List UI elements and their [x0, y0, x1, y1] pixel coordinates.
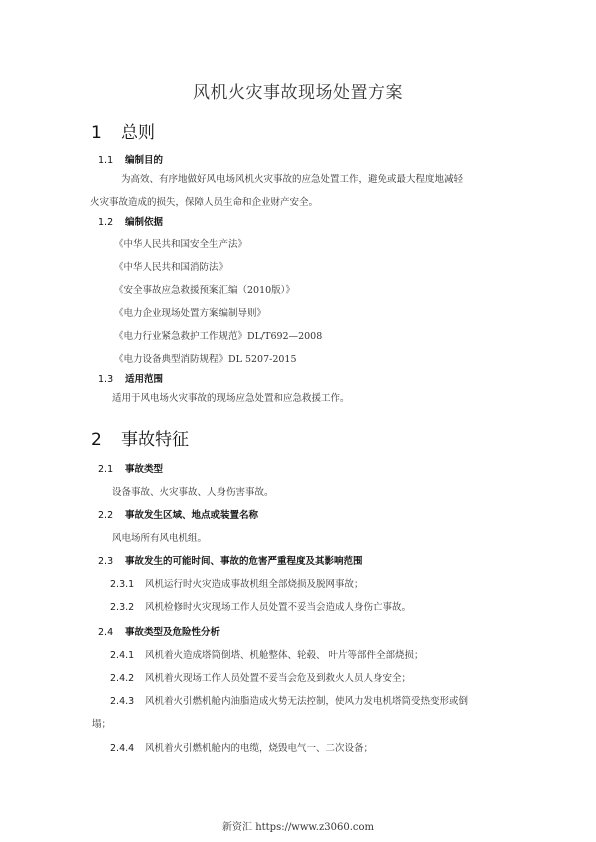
- clause-item: 2.3.1风机运行时火灾造成事故机组全部烧损及脱网事故；: [110, 576, 364, 590]
- document-title: 风机火灾事故现场处置方案: [0, 78, 596, 103]
- reference-item: 《中华人民共和国安全生产法》: [114, 236, 247, 250]
- subsection-heading-2-4: 2.4事故类型及危险性分析: [98, 624, 220, 638]
- clause-item: 2.4.2风机着火现场工作人员处置不妥当会危及到救火人员人身安全；: [110, 670, 411, 684]
- reference-item: 《中华人民共和国消防法》: [114, 259, 228, 273]
- section-title: 事故特征: [121, 430, 189, 450]
- section-title: 总则: [121, 123, 155, 143]
- clause-item: 2.4.3风机着火引燃机舱内油脂造成火势无法控制，使风力发电机塔筒受热变形或倒: [110, 693, 468, 707]
- subsection-heading-2-1: 2.1事故类型: [98, 461, 163, 475]
- subsection-heading-2-3: 2.3事故发生的可能时间、事故的危害严重程度及其影响范围: [98, 553, 363, 567]
- subsection-heading-1-2: 1.2编制依据: [98, 214, 163, 228]
- reference-item: 《安全事故应急救援预案汇编（2010版）》: [114, 282, 295, 296]
- paragraph-line: 为高效、有序地做好风电场风机火灾事故的应急处置工作，避免或最大程度地减轻: [121, 171, 463, 185]
- paragraph: 风电场所有风电机组。: [112, 530, 207, 544]
- section-heading-2: 2事故特征: [91, 425, 189, 450]
- clause-continuation: 塌；: [92, 716, 111, 730]
- paragraph: 适用于风电场火灾事故的现场应急处置和应急救援工作。: [112, 390, 350, 404]
- subsection-heading-1-1: 1.1编制目的: [98, 152, 163, 166]
- footer-watermark: 新资汇 https://www.z3060.com: [0, 818, 596, 833]
- clause-item: 2.4.1风机着火造成塔筒倒塔、机舱整体、轮毂、 叶片等部件全部烧损；: [110, 647, 424, 661]
- paragraph: 设备事故、火灾事故、人身伤害事故。: [112, 484, 274, 498]
- paragraph-line: 火灾事故造成的损失，保障人员生命和企业财产安全。: [90, 194, 318, 208]
- reference-item: 《电力设备典型消防规程》DL 5207-2015: [114, 351, 297, 365]
- reference-item: 《电力行业紧急救护工作规范》DL/T692—2008: [114, 328, 322, 342]
- clause-item: 2.4.4风机着火引燃机舱内的电缆，烧毁电气一、二次设备；: [110, 740, 373, 754]
- subsection-heading-1-3: 1.3适用范围: [98, 371, 163, 385]
- section-number: 2: [91, 430, 121, 450]
- subsection-heading-2-2: 2.2事故发生区域、地点或装置名称: [98, 507, 258, 521]
- reference-item: 《电力企业现场处置方案编制导则》: [114, 305, 266, 319]
- section-number: 1: [91, 123, 121, 143]
- clause-item: 2.3.2风机检修时火灾现场工作人员处置不妥当会造成人身伤亡事故。: [110, 599, 411, 613]
- section-heading-1: 1总则: [91, 118, 155, 143]
